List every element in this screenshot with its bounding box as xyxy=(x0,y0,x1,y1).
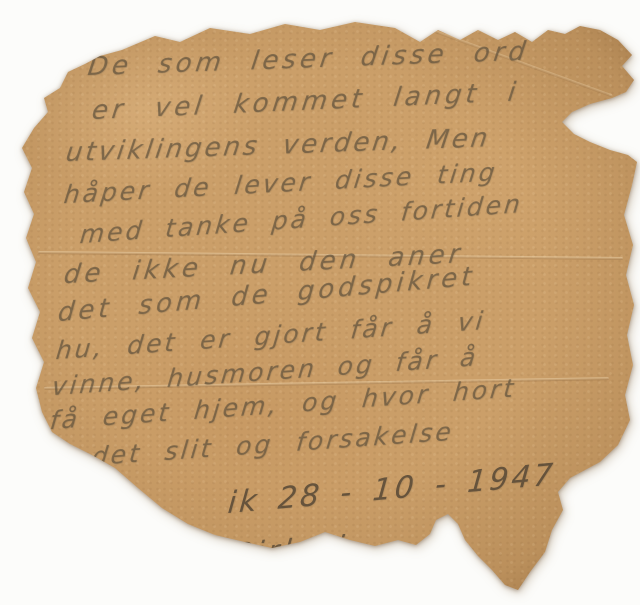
handwriting-line: håper de lever disse ting xyxy=(62,157,499,209)
paper-crease xyxy=(44,377,609,390)
handwriting-line: vinne, husmoren og får å xyxy=(50,342,479,401)
handwriting-line: er vel kommet langt i xyxy=(90,77,521,126)
handwriting-line: det slit og forsakelse xyxy=(90,417,455,472)
signature: M.Birkeli xyxy=(190,529,350,573)
paper-crease xyxy=(38,251,623,260)
paper-shadow-wrapper: De som leser disse order vel kommet lang… xyxy=(0,0,640,605)
handwriting-line: med tanke på oss fortiden xyxy=(78,189,524,249)
handwriting-line: utviklingens verden, Men xyxy=(64,123,493,168)
date-line: ik 28 - 10 - 1947 xyxy=(226,457,557,521)
handwriting-line: hu, det er gjort får å vi xyxy=(54,306,487,365)
paper-crease xyxy=(433,30,613,98)
handwriting-line: de ikke nu den aner xyxy=(62,239,465,290)
handwriting-line: øh xyxy=(62,468,101,499)
scan-background: De som leser disse order vel kommet lang… xyxy=(0,0,640,605)
paper-fragment: De som leser disse order vel kommet lang… xyxy=(0,0,640,605)
handwriting-line: det som de godspikret xyxy=(57,261,477,328)
